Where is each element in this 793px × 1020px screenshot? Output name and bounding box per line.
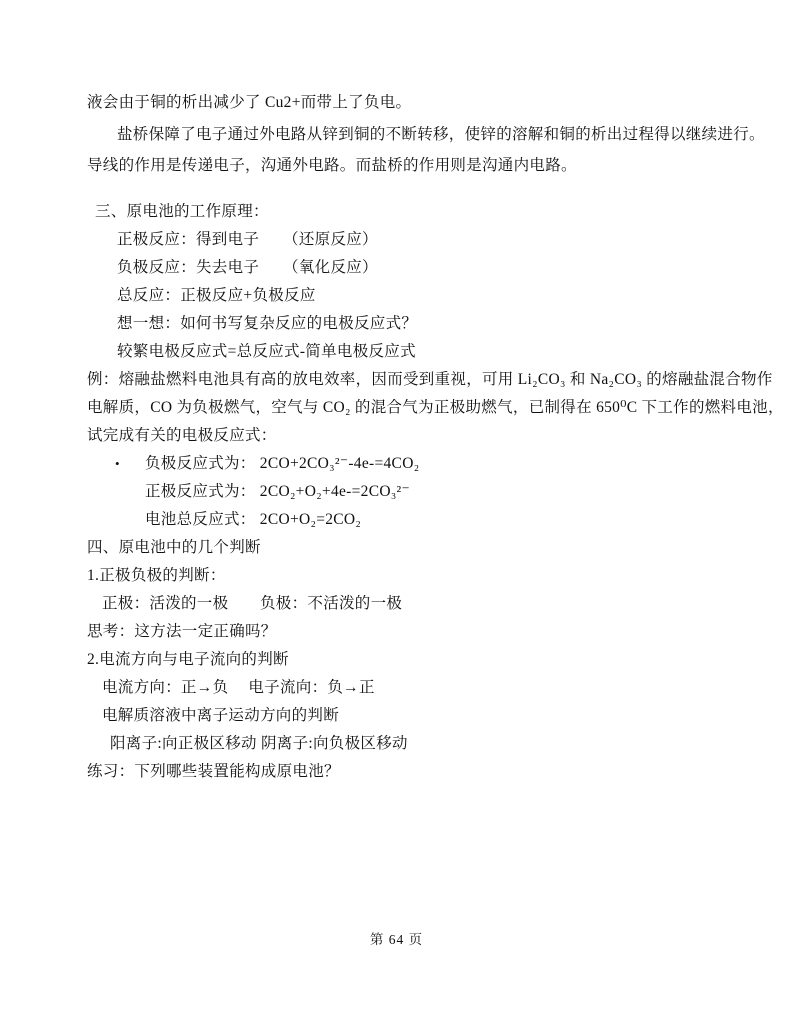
text-line: 电解质，CO 为负极燃气，空气与 CO₂ 的混合气为正极助燃气，已制得在 650… — [87, 394, 705, 422]
text-line: 2.电流方向与电子流向的判断 — [87, 646, 705, 674]
blank-line — [87, 182, 705, 198]
section-heading: 三、原电池的工作原理： — [87, 198, 705, 226]
text-line: 电流方向：正→负 电子流向：负→正 — [87, 674, 705, 702]
text-line: 较繁电极反应式=总反应式-简单电极反应式 — [87, 338, 705, 366]
section-heading: 四、原电池中的几个判断 — [87, 534, 705, 562]
text-line: 试完成有关的电极反应式： — [87, 422, 705, 450]
text-line: 例：熔融盐燃料电池具有高的放电效率，因而受到重视，可用 Li₂CO₃ 和 Na₂… — [87, 366, 705, 394]
text-line: 导线的作用是传递电子，沟通外电路。而盐桥的作用则是沟通内电路。 — [87, 150, 705, 182]
text-line: 电解质溶液中离子运动方向的判断 — [87, 702, 705, 730]
text-line: 负极反应：失去电子 （氧化反应） — [87, 254, 705, 282]
text-line: 正极反应：得到电子 （还原反应） — [87, 226, 705, 254]
page-number: 第 64 页 — [0, 928, 793, 948]
text-line: 正极：活泼的一极 负极：不活泼的一极 — [87, 590, 705, 618]
text-line: 练习：下列哪些装置能构成原电池？ — [87, 758, 705, 786]
document-page: 液会由于铜的析出减少了 Cu2+而带上了负电。 盐桥保障了电子通过外电路从锌到铜… — [0, 0, 793, 1020]
equation-text: 正极反应式为： 2CO₂+O₂+4e-=2CO₃²⁻ — [87, 478, 705, 506]
text-line: 总反应：正极反应+负极反应 — [87, 282, 705, 310]
text-line: 1.正极负极的判断： — [87, 562, 705, 590]
text-line: 阳离子:向正极区移动 阴离子:向负极区移动 — [87, 730, 705, 758]
equation-text: 电池总反应式： 2CO+O₂=2CO₂ — [87, 506, 705, 534]
equation-text: 负极反应式为： 2CO+2CO₃²⁻-4e-=4CO₂ — [145, 455, 419, 472]
text-line: 液会由于铜的析出减少了 Cu2+而带上了负电。 — [87, 87, 705, 119]
text-line: 思考：这方法一定正确吗？ — [87, 618, 705, 646]
text-line: 盐桥保障了电子通过外电路从锌到铜的不断转移，使锌的溶解和铜的析出过程得以继续进行… — [87, 119, 705, 151]
text-line: 想一想：如何书写复杂反应的电极反应式？ — [87, 310, 705, 338]
bullet-icon: • — [115, 450, 145, 478]
bullet-list-item: •负极反应式为： 2CO+2CO₃²⁻-4e-=4CO₂ — [87, 450, 705, 478]
